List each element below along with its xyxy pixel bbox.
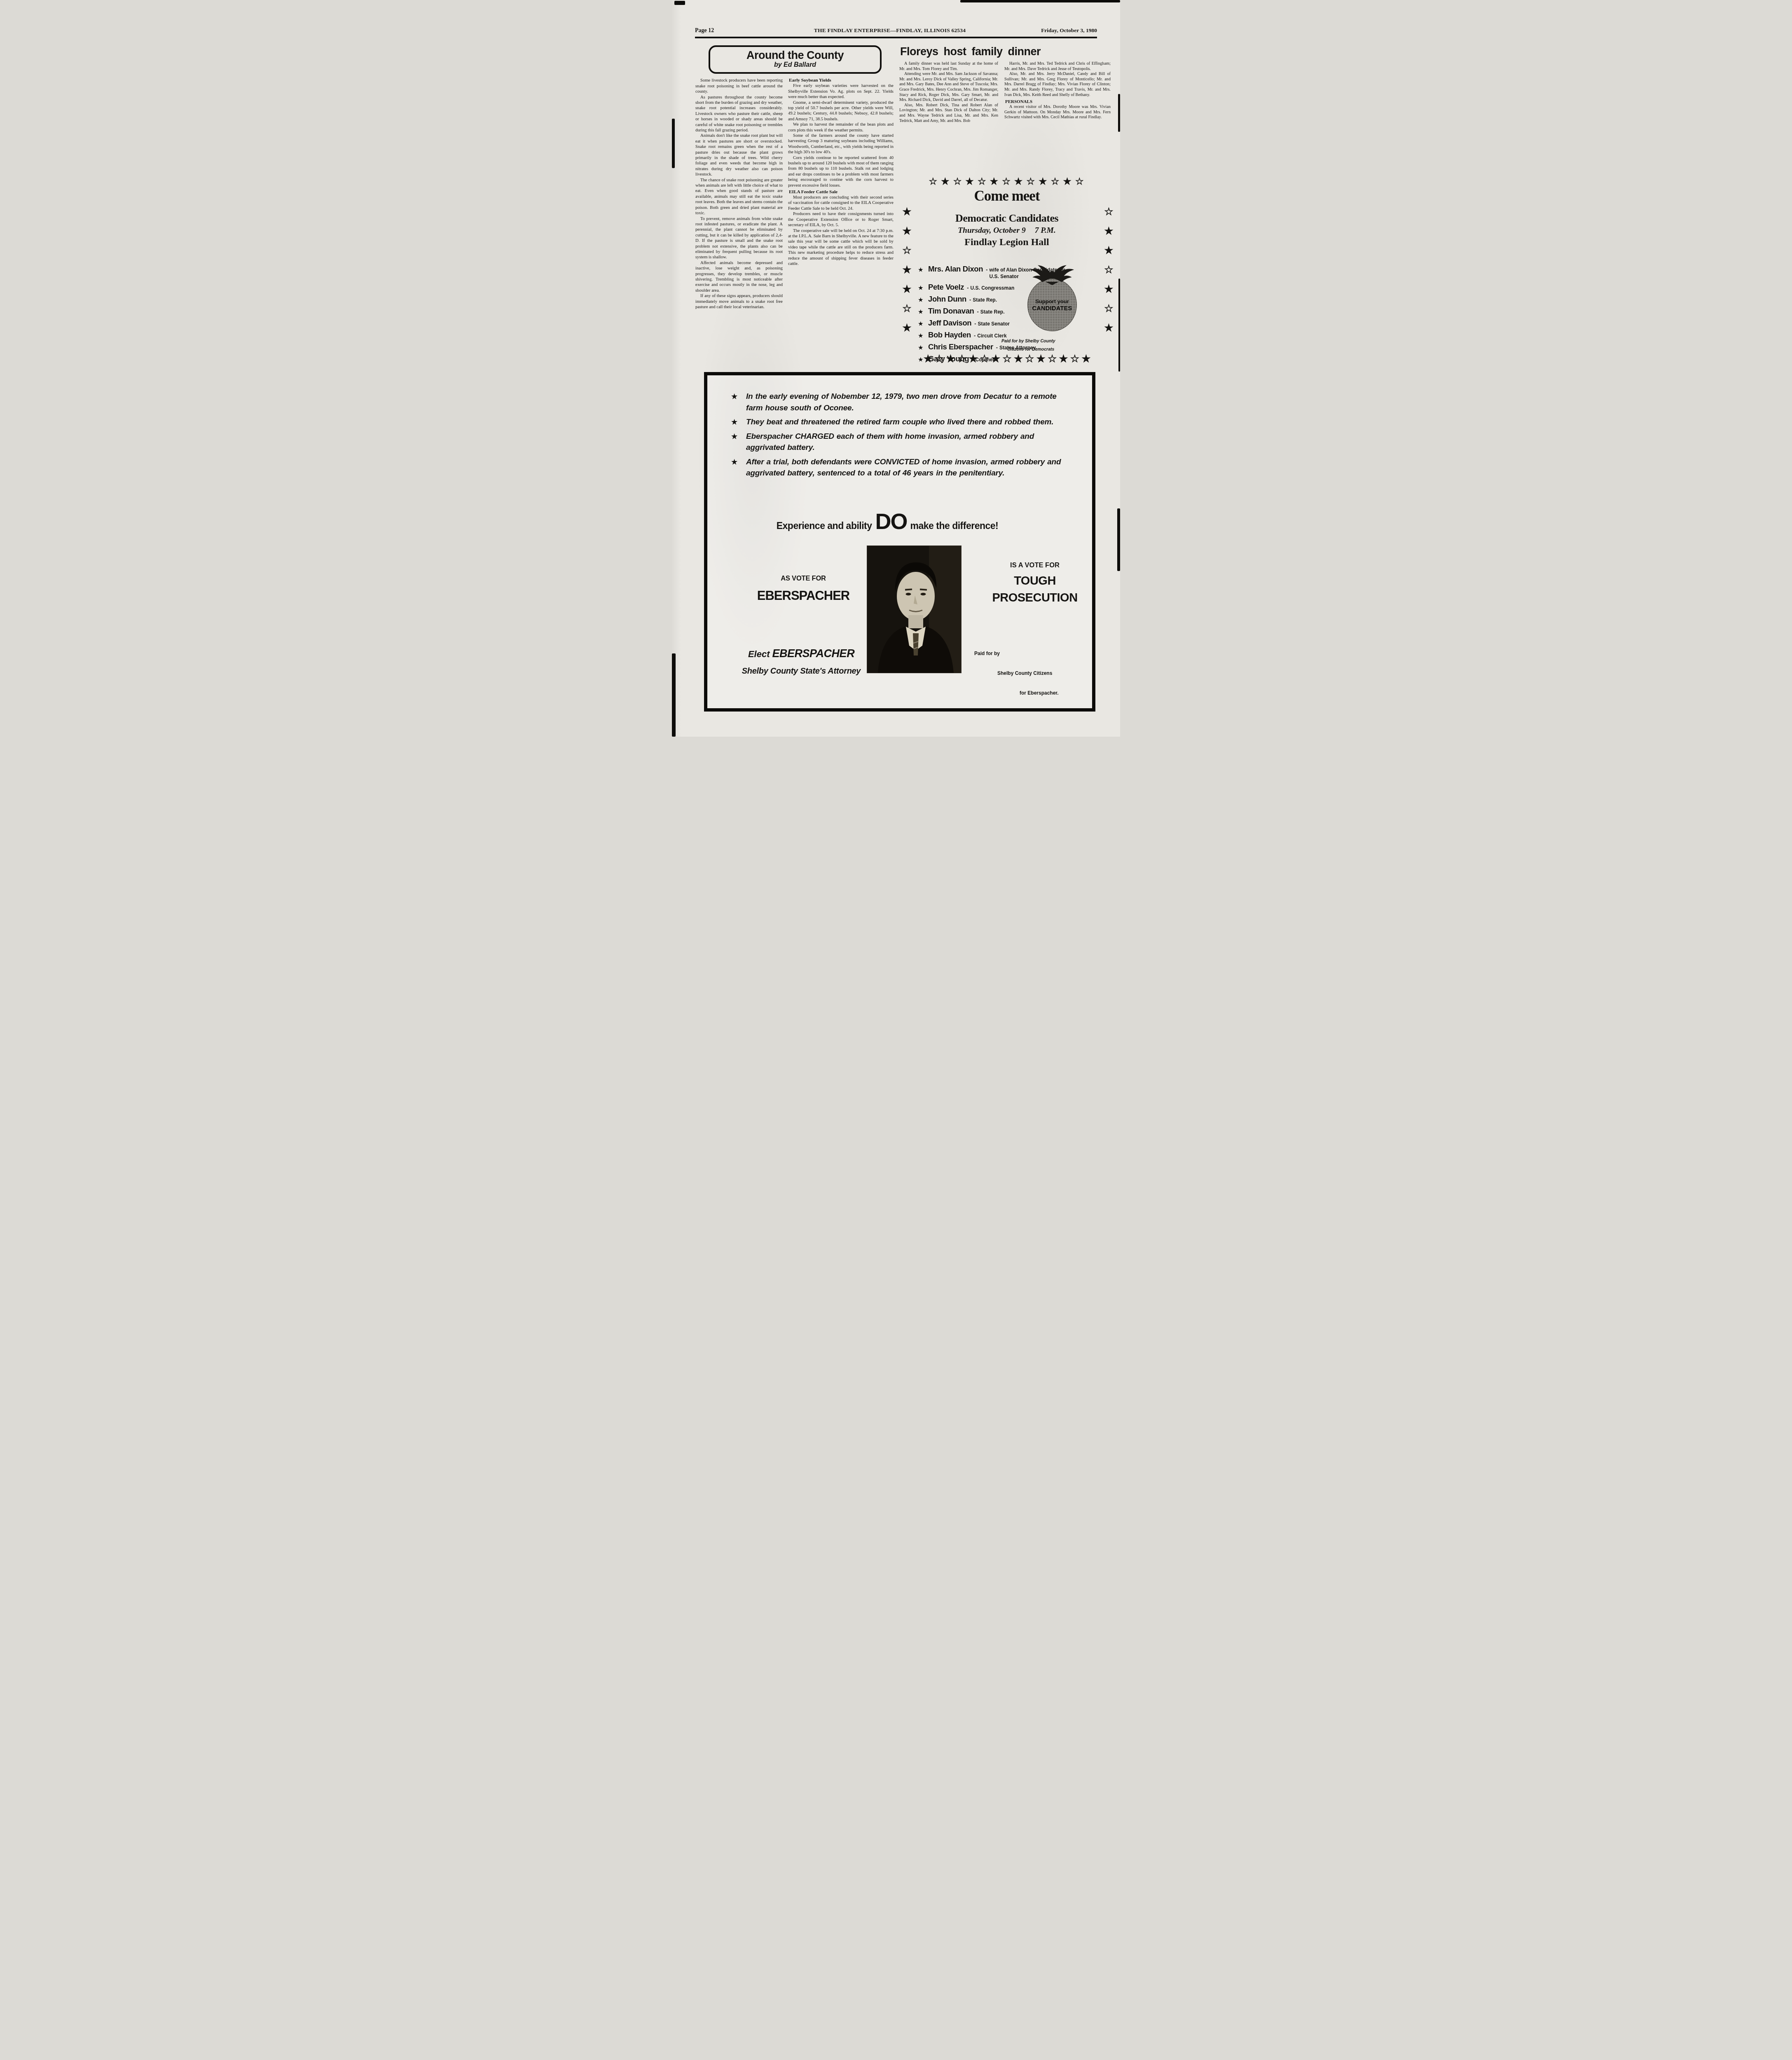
badge-oval: Support your CANDIDATES [1027,279,1077,331]
article-paragraph: Corn yields continue to be reported scat… [788,155,894,188]
column-title: Around the County [714,49,877,61]
candidate-surname: EBERSPACHER [772,647,855,660]
around-column-1: Some livestock producers have been repor… [695,78,783,310]
article-paragraph: Some of the farmers around the county ha… [788,133,894,155]
vote-emphasis: PROSECUTION [981,591,1089,605]
dash: - [974,321,976,327]
list-item: ★ In the early evening of Nobember 12, 1… [731,391,1065,414]
slogan-text: make the difference! [910,520,999,531]
paid-for-line: Shelby County Citizens [974,670,1098,676]
vote-emphasis: TOUGH [981,574,1089,588]
eber-paid-for-notice: Paid for by Shelby County Citizens for E… [974,651,1098,696]
candidate-surname: EBERSPACHER [739,588,867,603]
scan-artifact [672,653,676,737]
article-paragraph: Affected animals become depressed and in… [695,260,783,293]
scan-artifact [1118,94,1120,132]
star-icon: ★ [731,417,746,428]
article-paragraph: Gnome, a semi-dwarf determinent variety,… [788,100,894,122]
masthead: THE FINDLAY ENTERPRISE—FINDLAY, ILLINOIS… [765,27,1015,34]
floreys-article: Floreys host family dinner A family dinn… [899,45,1114,124]
elect-office: Shelby County State's Attorney [719,667,884,676]
star-icon: ★ [918,344,928,351]
dem-paid-for-notice: Paid for by Shelby County Citizens for D… [1001,337,1076,353]
ad-bullet-text: Eberspacher CHARGED each of them with ho… [746,431,1065,454]
star-icon: ★ [918,267,928,273]
elect-block: Elect EBERSPACHER Shelby County State's … [719,647,884,676]
page-date: Friday, October 3, 1980 [1015,27,1097,34]
candidate-role: U.S. Congressman [971,285,1015,292]
paid-for-line: for Eberspacher. [974,690,1098,696]
ad-bullet-text: After a trial, both defendants were CONV… [746,456,1065,479]
scan-artifact [1117,508,1120,571]
dem-ad-heading: Come meet Democratic Candidates Thursday… [917,189,1096,248]
article-paragraph: Five early soybean varieties were harves… [788,83,894,100]
page-number: Page 12 [695,28,765,34]
article-paragraph: Producers need to have their consignment… [788,211,894,228]
article-paragraph: As pastures throughout the county become… [695,95,783,133]
candidate-name: Chris Eberspacher [928,342,993,351]
candidate-name: Mrs. Alan Dixon [928,265,983,274]
page-header: Page 12 THE FINDLAY ENTERPRISE—FINDLAY, … [695,27,1097,38]
event-date: Thursday, October 9 [958,226,1025,235]
article-paragraph: We plan to harvest the remainder of the … [788,122,894,133]
candidate-name: Jeff Davison [928,318,971,328]
scan-artifact [672,119,675,168]
section-subhead: Early Soybean Yields [788,78,894,83]
candidate-name: Tim Donavan [928,307,974,316]
list-item: ★ Eberspacher CHARGED each of them with … [731,431,1065,454]
eberspacher-campaign-ad: ★ In the early evening of Nobember 12, 1… [704,372,1095,712]
ad-slogan: Experience and ability DO make the diffe… [707,520,1067,531]
candidate-role: State Rep. [973,297,997,304]
paid-for-line: Paid for by Shelby County [1001,337,1076,345]
democratic-candidates-ad: ☆★☆★☆★☆★☆★☆★☆ ★★☆★★☆★ ☆★★☆★☆★ ★☆★☆★☆★☆★☆… [899,176,1114,368]
event-time: 7 P.M. [1035,226,1056,235]
badge-text: Support your [1028,298,1076,304]
article-headline: Floreys host family dinner [900,45,1114,58]
section-subhead: EILA Feeder Cattle Sale [788,190,894,194]
elect-line: Elect EBERSPACHER [719,647,884,660]
article-paragraph: A family dinner was held last Sunday at … [899,61,998,72]
article-paragraph: The cooperative sale will be held on Oct… [788,228,894,267]
article-paragraph: Harris, Mr. and Mrs. Ted Tedrick and Chr… [1004,61,1111,72]
scan-artifact [1118,279,1120,372]
list-item: ★ After a trial, both defendants were CO… [731,456,1065,479]
around-the-county-title-box: Around the County by Ed Ballard [709,45,882,74]
star-icon: ★ [918,332,928,339]
paid-for-line: Citizens for Democrats [1001,345,1076,353]
elect-word: Elect [748,649,770,659]
dash: - [977,309,978,315]
star-border-top: ☆★☆★☆★☆★☆★☆★☆ [918,176,1098,187]
candidate-name: Pete Voelz [928,283,964,292]
dash: - [996,344,998,351]
candidate-role: State Senator [978,321,1010,328]
star-icon: ★ [918,285,928,291]
article-paragraph: Most producers are concluding with their… [788,195,894,211]
candidate-role: State Rep. [980,309,1005,316]
article-paragraph: The chance of snake root poisoning are g… [695,178,783,216]
event-venue: Findlay Legion Hall [917,237,1096,248]
scan-artifact [960,0,1120,2]
article-paragraph: If any of these signs appears, producers… [695,293,783,310]
column-byline: by Ed Ballard [714,61,877,69]
dash: - [972,356,973,363]
candidate-name: Bob Hayden [928,330,971,339]
ad-title: Come meet [917,189,1096,203]
star-icon: ★ [918,297,928,303]
support-candidates-badge: Support your CANDIDATES [1024,263,1080,331]
star-border-left: ★★☆★★☆★ [900,190,912,356]
vote-for-block-right: IS A VOTE FOR TOUGH PROSECUTION [981,562,1089,605]
list-item: ★ They beat and threatened the retired f… [731,417,1065,428]
article-paragraph: To prevent, remove animals from white sn… [695,216,783,260]
newspaper-page: Page 12 THE FINDLAY ENTERPRISE—FINDLAY, … [672,0,1120,737]
ad-subtitle: Democratic Candidates [917,212,1096,225]
article-paragraph: Animals don't like the snake root plant … [695,133,783,177]
dash: - [969,297,971,303]
ad-bullet-text: In the early evening of Nobember 12, 197… [746,391,1065,414]
paid-for-line: Paid for by [974,651,1098,656]
star-icon: ★ [918,356,928,363]
star-border-right: ☆★★☆★☆★ [1102,190,1114,356]
star-icon: ★ [731,456,746,479]
candidate-name: Gary Young [928,354,969,363]
article-paragraph: A recent visitor of Mrs. Dorothy Moore w… [1004,105,1111,120]
dash: - [974,332,976,339]
article-paragraph: Also, Mrs. Robert Dick, Tina and Robert … [899,103,998,124]
around-the-county-section: Around the County by Ed Ballard Some liv… [695,45,895,310]
dash: - [986,267,987,273]
article-paragraph: Attending were Mr. and Mrs. Sam Jackson … [899,72,998,103]
event-datetime: Thursday, October 9 7 P.M. [917,226,1096,235]
section-subhead: PERSONALS [1004,99,1111,104]
article-paragraph: Some livestock producers have been repor… [695,78,783,94]
ad-bullet-list: ★ In the early evening of Nobember 12, 1… [731,391,1065,482]
eberspacher-ad-content: ★ In the early evening of Nobember 12, 1… [707,375,1092,708]
star-icon: ★ [918,309,928,315]
floreys-column-2: Harris, Mr. and Mrs. Ted Tedrick and Chr… [1004,61,1111,124]
list-item: ★ Gary Young - Coroner [918,354,1095,363]
candidate-name: John Dunn [928,295,966,304]
around-column-2: Early Soybean Yields Five early soybean … [788,78,894,310]
star-icon: ★ [731,391,746,414]
badge-text: CANDIDATES [1028,305,1076,312]
floreys-column-1: A family dinner was held last Sunday at … [899,61,998,124]
star-icon: ★ [918,321,928,327]
vote-label: AS VOTE FOR [739,575,867,583]
article-paragraph: Also, Mr. and Mrs. Jerry McDaniel, Candy… [1004,72,1111,98]
floreys-columns: A family dinner was held last Sunday at … [899,61,1114,124]
scan-artifact [674,1,685,5]
slogan-text: Experience and ability [777,520,872,531]
dash: - [967,285,969,291]
vote-label: IS A VOTE FOR [981,562,1089,569]
vote-for-block-left: AS VOTE FOR EBERSPACHER [739,575,867,603]
ad-bullet-text: They beat and threatened the retired far… [746,417,1065,428]
star-icon: ★ [731,431,746,454]
around-columns: Some livestock producers have been repor… [695,78,895,310]
candidate-role: Coroner [976,357,995,363]
